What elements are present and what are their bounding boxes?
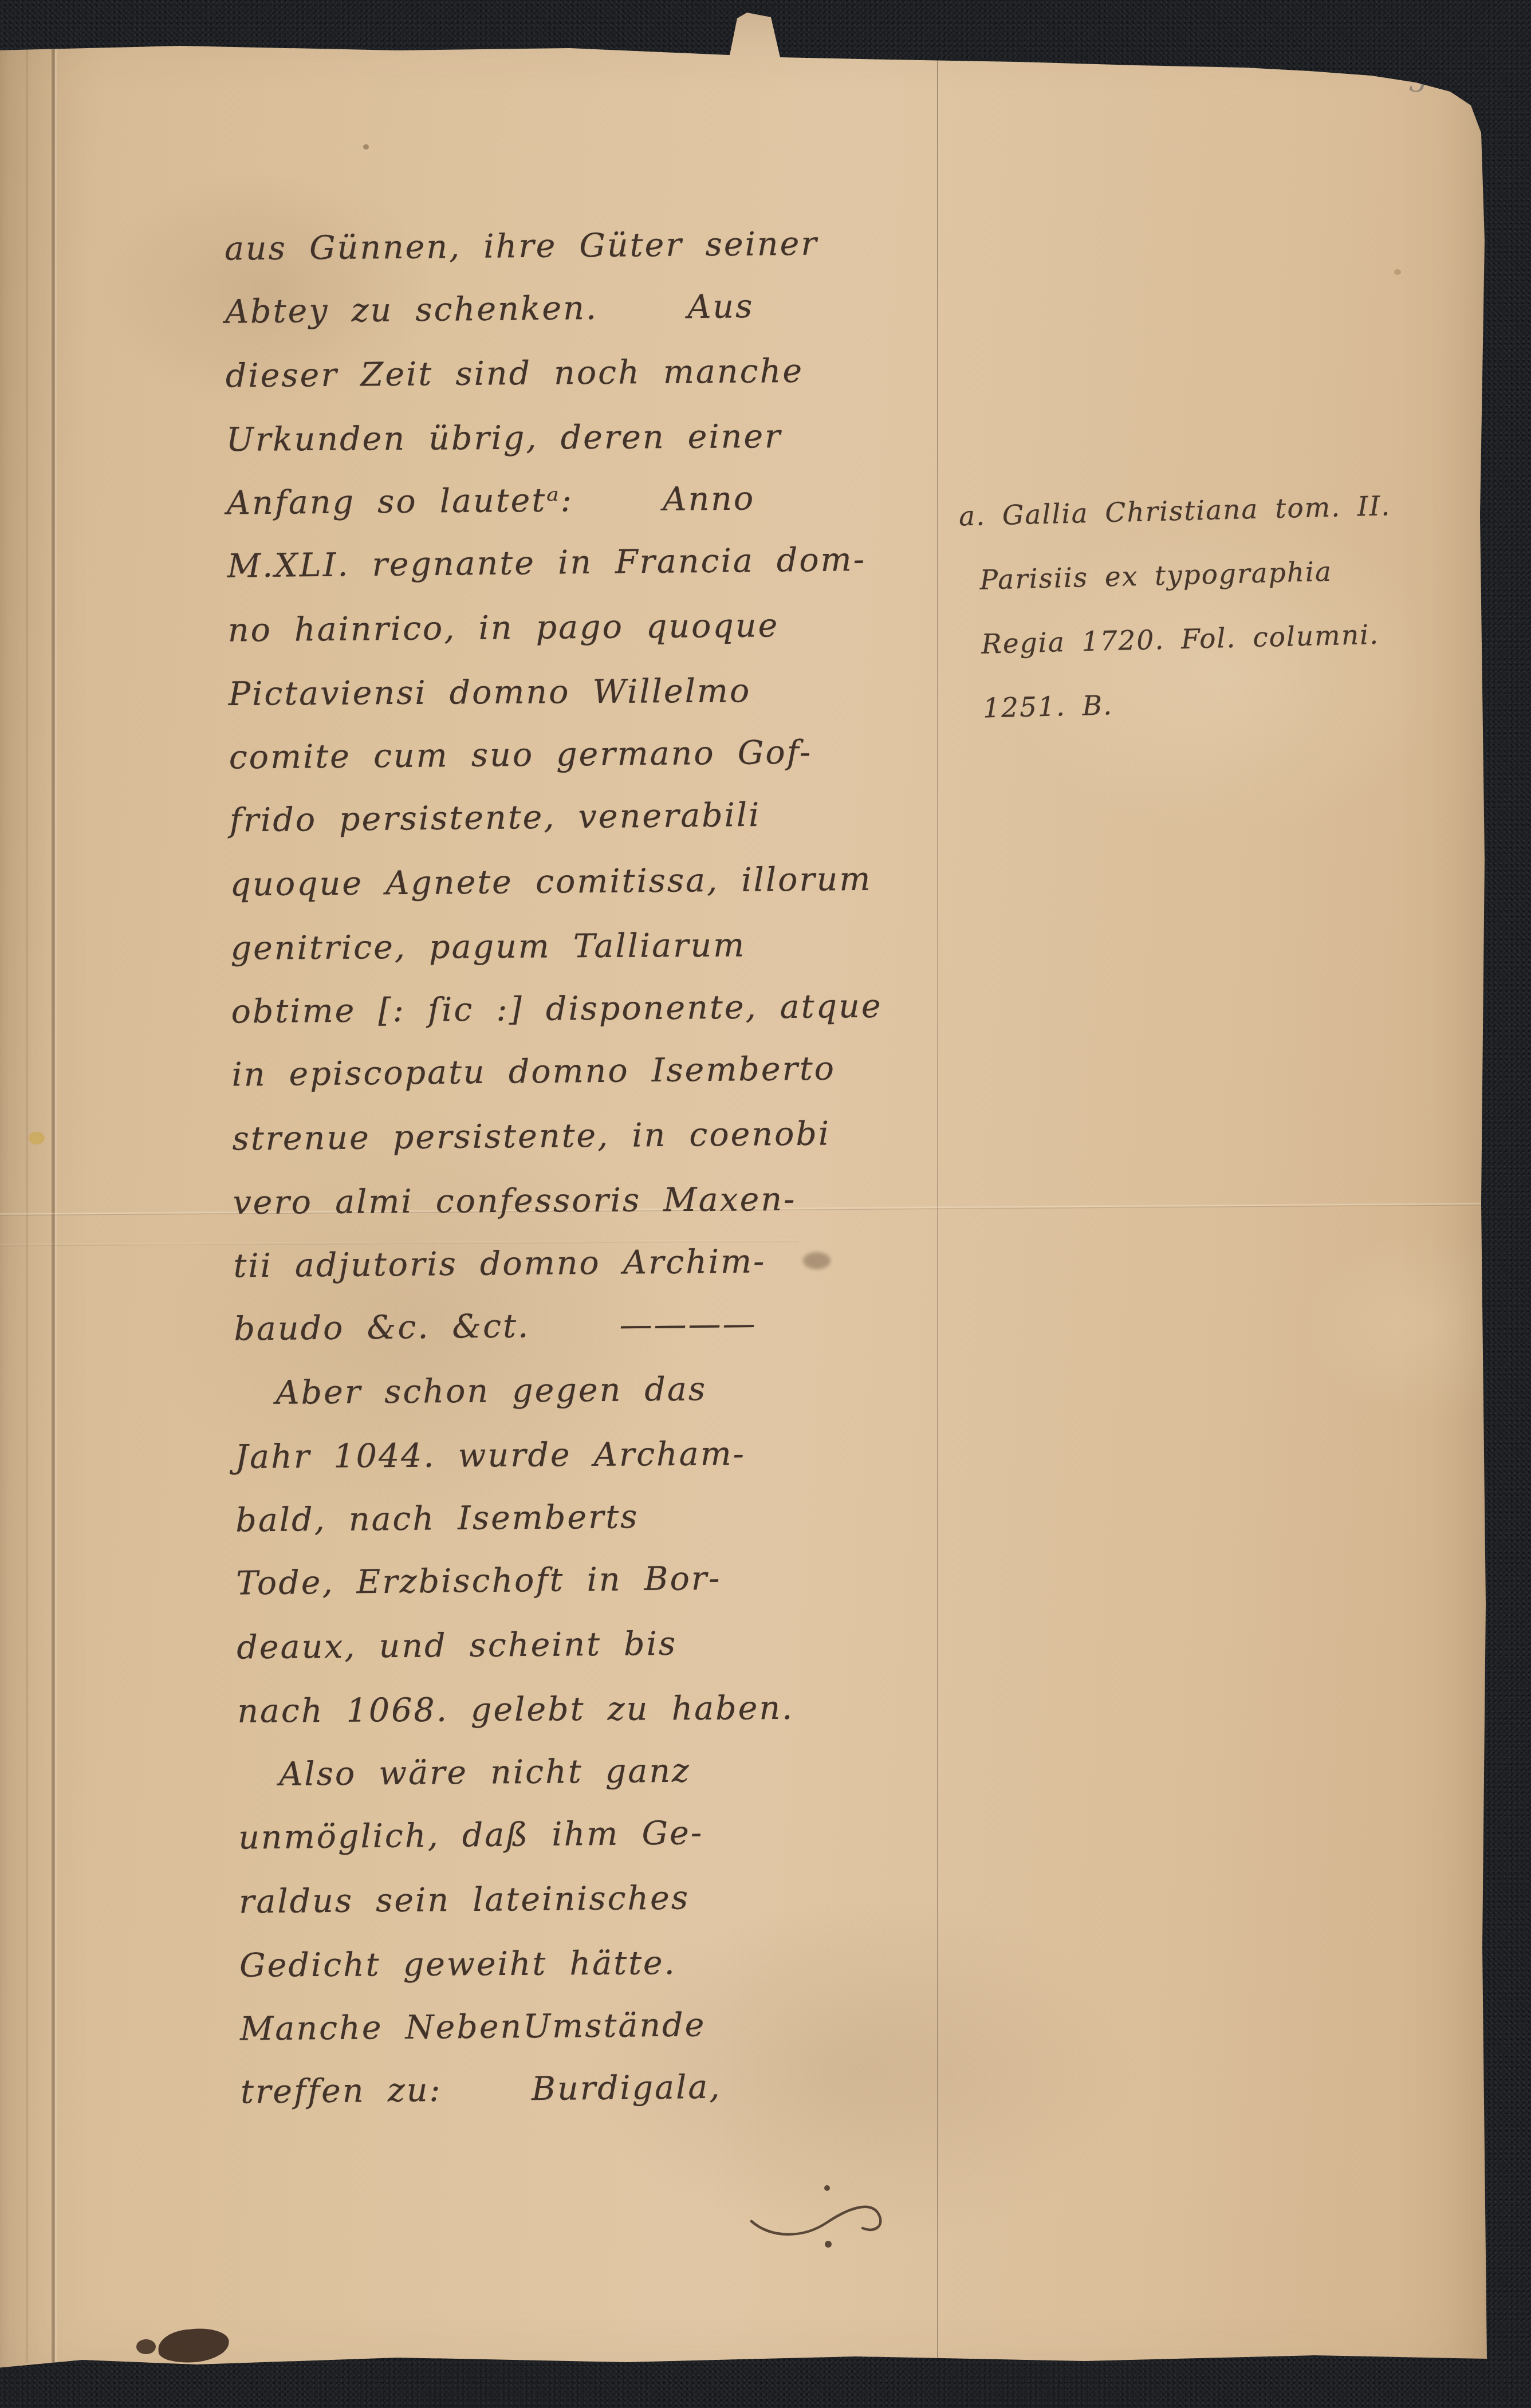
handwritten-line-latin-quote: comite cum suo germano Gof- [229,720,951,790]
handwritten-line: raldus sein lateinisches [239,1864,961,1934]
main-text-column: aus Günnen, ihre Güter seiner Abtey zu s… [224,211,962,2125]
margin-note-line: a. Gallia Christiana tom. II. [958,473,1452,549]
handwritten-line-latin-quote: no hainrico, in pago quoque [227,593,950,663]
ink-stain-small [136,2339,156,2354]
handwritten-line-latin-quote: vero almi confessoris Maxen- [233,1167,955,1235]
handwritten-line-latin-quote: tii adjutoris domno Archim- [233,1228,955,1298]
foxing-spot [29,1132,45,1144]
handwritten-line: Urkunden übrig, deren einer [226,404,948,472]
handwritten-line: unmöglich, daß ihm Ge- [238,1799,961,1870]
handwritten-line-latin-quote: Pictaviensi domno Willelmo [228,658,950,726]
handwritten-line: Abtey zu schenken. Aus [225,273,947,344]
handwritten-line: treffen zu: Burdigala, [240,2053,962,2124]
paper-speck [1394,269,1401,275]
ink-smudge [803,1252,831,1269]
handwritten-line: bald, nach Isemberts [235,1482,958,1552]
margin-note-line: Regia 1720. Fol. columni. [961,601,1455,677]
margin-note-line: Parisiis ex typographia [959,537,1453,613]
handwritten-line-latin-quote: in episcopatu domno Isemberto [231,1036,954,1107]
handwritten-line-latin-quote: obtime [: ſic :] disponente, atque [231,974,953,1044]
ink-stain [156,2326,230,2366]
handwritten-line: Gedicht geweiht hätte. [239,1930,962,1998]
handwritten-line-paragraph-start: Aber schon gegen das [234,1355,957,1425]
handwritten-line: Jahr 1044. wurde Archam- [235,1421,957,1489]
paper-speck [363,144,369,149]
handwritten-line: nach 1068. gelebt zu haben. [237,1675,959,1744]
handwritten-line-latin-quote: strenue persistente, in coenobi [232,1101,954,1171]
fold-crease [52,49,57,2363]
end-flourish-mark [741,2164,902,2279]
handwritten-line: Manche NebenUmstände [240,1991,962,2061]
page-number: 5 [1407,66,1430,100]
margin-note-line: 1251. B. [963,665,1457,741]
handwritten-line: dieser Zeit sind noch manche [225,339,947,408]
manuscript-page: 5 aus Günnen, ihre Güter seiner Abtey zu… [0,0,1493,2408]
fold-crease-faint [25,49,29,2363]
handwritten-line: Tode, Erzbischoft in Bor- [236,1544,958,1615]
handwritten-line: Anfang so lautetᵃ: Anno [226,466,948,536]
handwritten-line-paragraph-start: Also wäre nicht ganz [238,1737,960,1807]
handwritten-line: deaux, und scheint bis [237,1610,959,1679]
handwritten-line-latin-quote: M.XLI. regnante in Francia dom- [227,527,949,598]
margin-citation-note: a. Gallia Christiana tom. II. Parisiis e… [958,473,1457,742]
handwritten-line-latin-quote: quoque Agnete comitissa, illorum [230,847,952,917]
handwritten-line: aus Günnen, ihre Güter seiner [224,211,946,281]
handwritten-line-latin-quote: baudo &c. &ct. ———— [234,1290,956,1361]
handwritten-line-latin-quote: genitrice, pagum Talliarum [230,912,953,981]
handwritten-line-latin-quote: frido persistente, venerabili [229,781,951,852]
